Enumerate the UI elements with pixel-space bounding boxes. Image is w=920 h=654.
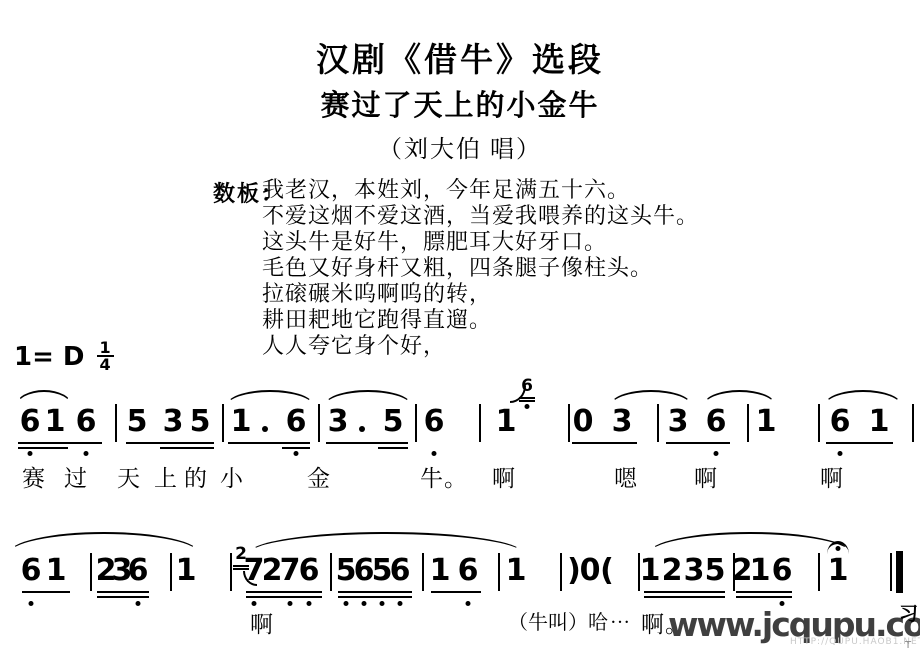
octave-dot [29, 601, 34, 606]
note: 1 [430, 556, 451, 586]
shuban-line: 人人夸它身个好， [262, 333, 699, 359]
note: 6 [20, 407, 41, 437]
barline [568, 404, 570, 442]
song-title: 赛过了天上的小金牛 [0, 83, 920, 124]
octave-dot [288, 601, 293, 606]
shuban-line: 毛色又好身杆又粗，四条腿子像柱头。 [262, 255, 699, 281]
barline [638, 553, 640, 591]
note: 6 [21, 556, 42, 586]
note: 1 [506, 556, 527, 586]
page-title: 汉剧《借牛》选段 [0, 34, 920, 81]
edge-small-letter: T [905, 640, 911, 651]
note: 1 [640, 556, 661, 586]
slur [226, 390, 314, 406]
note: 7 [280, 556, 301, 586]
grace-beam [519, 397, 535, 399]
beam [572, 442, 637, 444]
lyric: （牛叫）哈 [508, 606, 608, 635]
beam [378, 447, 408, 449]
grace-note: 2 [235, 546, 247, 563]
lyric: … [610, 606, 630, 629]
note: 6 [424, 407, 445, 437]
beam [246, 596, 322, 598]
sheet-music-page: 汉剧《借牛》选段 赛过了天上的小金牛 （刘大伯 唱） 数板： 我老汉，本姓刘，今… [0, 0, 920, 654]
note: ) [567, 556, 581, 586]
beam [338, 591, 412, 593]
augmentation-dot [359, 426, 365, 432]
note: 1 [45, 407, 66, 437]
note: 3 [328, 407, 349, 437]
shuban-line: 拉磙碾米呜啊呜的转， [262, 281, 699, 307]
barline [560, 553, 562, 591]
beam [18, 442, 102, 444]
beam [666, 442, 730, 444]
note: 2 [732, 556, 753, 586]
note: 2 [96, 556, 117, 586]
note: 5 [127, 407, 148, 437]
time-signature: 14 [97, 340, 114, 372]
edge-cropped-glyph: 习 [899, 599, 918, 626]
lyric: 上 [154, 460, 178, 493]
beam [246, 591, 322, 593]
note: 7 [244, 556, 265, 586]
meter-denominator: 4 [97, 357, 114, 372]
note: 6 [128, 556, 149, 586]
beam [338, 596, 412, 598]
slur [8, 532, 200, 554]
octave-dot [136, 601, 141, 606]
grace-note: 6 [521, 378, 533, 395]
lyric: 牛。 [420, 460, 468, 493]
note: 1 [750, 556, 771, 586]
note: 3 [612, 407, 633, 437]
barline [90, 553, 92, 591]
note: 1 [231, 407, 252, 437]
beam [126, 442, 214, 444]
shuban-lines: 我老汉，本姓刘，今年足满五十六。不爱这烟不爱这酒，当爱我喂养的这头牛。这头牛是好… [262, 177, 699, 359]
key-signature: 1= D14 [14, 342, 114, 374]
beam [22, 591, 70, 593]
note: 3 [112, 556, 133, 586]
note: 1 [496, 407, 517, 437]
note: 5 [705, 556, 726, 586]
lyric: 赛 [22, 460, 46, 493]
slur [648, 532, 852, 554]
octave-dot [380, 601, 385, 606]
final-barline-thick [896, 551, 903, 593]
beam [18, 447, 68, 449]
key-tonic: 1= D [14, 342, 85, 372]
note: 6 [299, 556, 320, 586]
barline [818, 553, 820, 591]
octave-dot [525, 404, 530, 409]
octave-dot [84, 451, 89, 456]
note: 6 [286, 407, 307, 437]
note: 5 [336, 556, 357, 586]
note: 5 [190, 407, 211, 437]
note: 6 [772, 556, 793, 586]
final-barline-thin [890, 553, 892, 591]
note: 0 [580, 556, 601, 586]
lyric: 天 [117, 460, 141, 493]
barline [222, 404, 224, 442]
slur [16, 390, 72, 406]
lyric: 的 [184, 460, 208, 493]
note: 6 [390, 556, 411, 586]
barline [230, 553, 232, 591]
barline [170, 553, 172, 591]
note: 5 [372, 556, 393, 586]
octave-dot [838, 451, 843, 456]
note: ( [600, 556, 614, 586]
beam [228, 442, 310, 444]
octave-dot [307, 601, 312, 606]
octave-dot [714, 451, 719, 456]
barline [479, 404, 481, 442]
grace-beam [233, 565, 249, 567]
beam [644, 591, 725, 593]
lyric: 啊 [250, 606, 274, 639]
note: 6 [76, 407, 97, 437]
barline [733, 553, 735, 591]
note: 6 [354, 556, 375, 586]
beam [736, 596, 792, 598]
octave-dot [28, 451, 33, 456]
lyric: 啊 [492, 460, 516, 493]
grace-hook [243, 571, 257, 586]
note: 3 [668, 407, 689, 437]
lyric: 嗯 [614, 460, 638, 493]
slur [703, 390, 776, 406]
shuban-line: 不爱这烟不爱这酒，当爱我喂养的这头牛。 [262, 203, 699, 229]
singer-credit: （刘大伯 唱） [0, 129, 920, 164]
note: 6 [706, 407, 727, 437]
beam [97, 596, 149, 598]
barline [818, 404, 820, 442]
beam [736, 591, 792, 593]
beam [326, 442, 408, 444]
slur [824, 390, 902, 406]
augmentation-dot [262, 426, 268, 432]
note: 1 [828, 556, 849, 586]
note: 5 [383, 407, 404, 437]
octave-dot [252, 601, 257, 606]
barline [318, 404, 320, 442]
octave-dot [398, 601, 403, 606]
note: 3 [684, 556, 705, 586]
note: 2 [262, 556, 283, 586]
watermark-faint-url: HTTP://QUPU.HAOB1.NET [790, 637, 920, 647]
slur [248, 532, 524, 554]
note: 6 [458, 556, 479, 586]
lyric: 小 [220, 460, 244, 493]
barline [415, 404, 417, 442]
beam [282, 447, 310, 449]
beam [431, 591, 481, 593]
note: 1 [46, 556, 67, 586]
octave-dot [294, 451, 299, 456]
barline [747, 404, 749, 442]
grace-hook [510, 386, 526, 403]
lyric: 啊 [694, 460, 718, 493]
note: 2 [662, 556, 683, 586]
lyric: 过 [64, 460, 88, 493]
beam [644, 596, 725, 598]
barline [115, 404, 117, 442]
octave-dot [432, 451, 437, 456]
lyric: 金 [307, 460, 331, 493]
barline [330, 553, 332, 591]
note: 1 [869, 407, 890, 437]
shuban-line: 耕田耙地它跑得直遛。 [262, 307, 699, 333]
shuban-line: 我老汉，本姓刘，今年足满五十六。 [262, 177, 699, 203]
grace-beam [519, 400, 535, 402]
slur [324, 390, 412, 406]
beam [160, 447, 214, 449]
octave-dot [362, 601, 367, 606]
octave-dot [344, 601, 349, 606]
octave-dot [466, 601, 471, 606]
barline [422, 553, 424, 591]
barline [498, 553, 500, 591]
barline [657, 404, 659, 442]
fermata-dot [836, 546, 841, 551]
note: 0 [573, 407, 594, 437]
beam [826, 442, 893, 444]
note: 1 [176, 556, 197, 586]
slur [610, 390, 692, 406]
note: 6 [830, 407, 851, 437]
grace-beam [233, 568, 249, 570]
fermata [827, 541, 849, 554]
note: 3 [163, 407, 184, 437]
shuban-line: 这头牛是好牛，膘肥耳大好牙口。 [262, 229, 699, 255]
lyric: 啊 [820, 460, 844, 493]
barline [912, 404, 914, 442]
note: 1 [756, 407, 777, 437]
beam [97, 591, 149, 593]
